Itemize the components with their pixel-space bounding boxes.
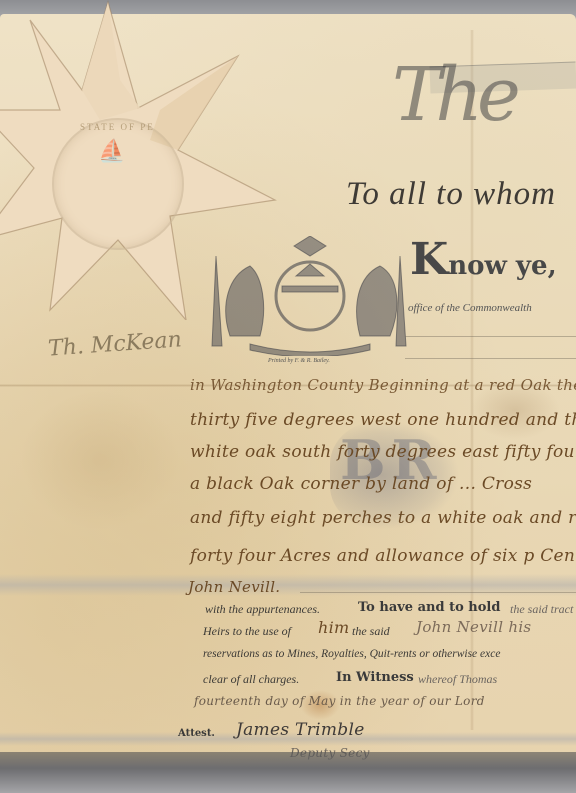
printed-text: reservations as to Mines, Royalties, Qui…: [203, 648, 500, 660]
rule-line: [405, 336, 576, 337]
printed-heading: To have and to hold: [358, 600, 500, 615]
office-line: office of the Commonwealth: [408, 302, 532, 314]
seal-legend: STATE OF PE: [80, 122, 155, 132]
handwritten-line: in Washington County Beginning at a red …: [190, 376, 576, 394]
know-ye-initial: K: [410, 234, 448, 285]
attest-signature: James Trimble: [236, 720, 365, 740]
stain: [20, 390, 180, 530]
handwritten-line: John Nevill.: [188, 578, 280, 596]
date-line: fourteenth day of May in the year of our…: [194, 694, 485, 708]
know-ye-heading: Know ye,: [410, 234, 557, 285]
handwritten-line: and fifty eight perches to a white oak a…: [190, 508, 576, 528]
coat-of-arms-icon: [210, 236, 410, 356]
attest-label: Attest.: [178, 728, 215, 739]
printed-text: with the appurtenances.: [205, 602, 320, 617]
printed-text: Heirs to the use of: [203, 624, 291, 639]
rule-line: [405, 358, 576, 359]
handwritten-text: him: [318, 618, 350, 637]
printed-heading: In Witness: [336, 670, 414, 685]
handwritten-line: a black Oak corner by land of ... Cross: [190, 474, 532, 494]
printed-text: the said tract: [510, 602, 573, 617]
bottom-shadow: [0, 752, 576, 793]
handwritten-line: forty four Acres and allowance of six p …: [190, 546, 576, 566]
handwritten-line: white oak south forty degrees east fifty…: [190, 442, 576, 462]
handwritten-text: John Nevill his: [416, 618, 531, 636]
printed-text: whereof Thomas: [418, 672, 497, 687]
printed-text: clear of all charges.: [203, 672, 299, 687]
ship-icon: ⛵: [98, 138, 125, 164]
header-flourish: The: [392, 52, 515, 138]
know-ye-rest: now ye,: [448, 251, 556, 281]
rule-line: [300, 592, 576, 593]
printer-credit: Printed by F. & R. Bailey.: [268, 358, 330, 364]
printed-text: the said: [352, 624, 390, 639]
document-heading: To all to whom: [346, 176, 556, 213]
handwritten-line: thirty five degrees west one hundred and…: [190, 410, 576, 430]
